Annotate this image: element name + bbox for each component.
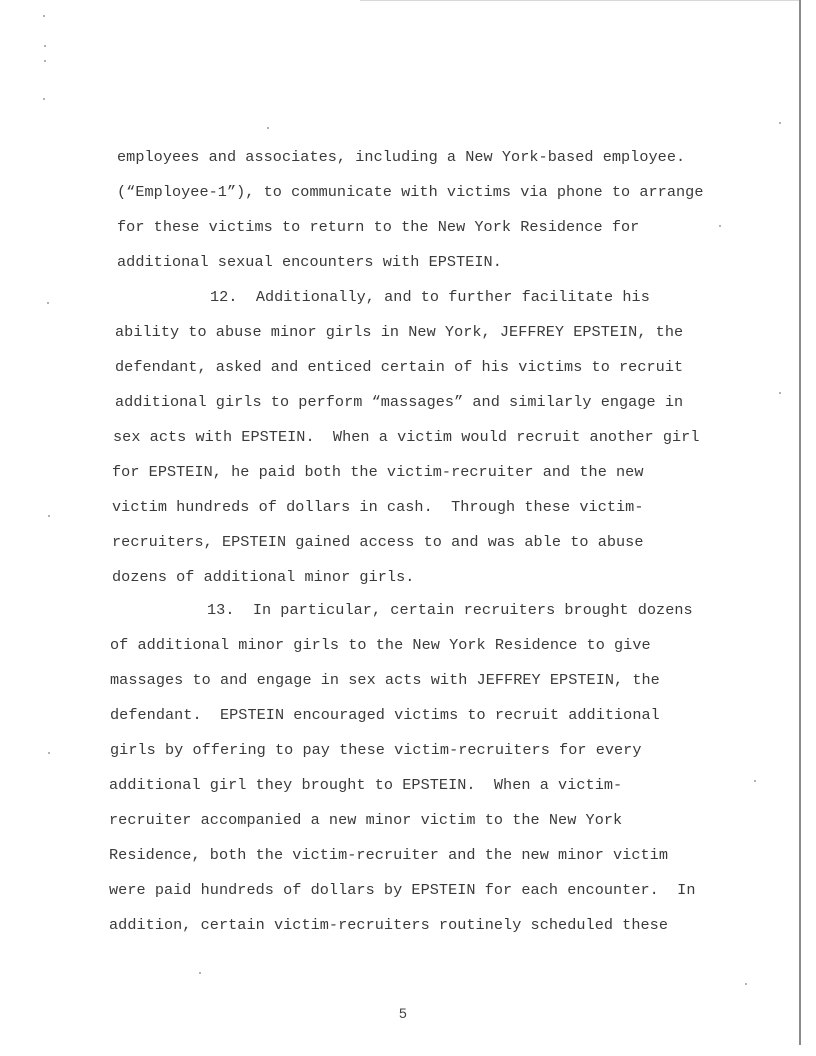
text-line: for these victims to return to the New Y… <box>117 217 639 237</box>
text-line: were paid hundreds of dollars by EPSTEIN… <box>109 880 696 900</box>
text-line: defendant. EPSTEIN encouraged victims to… <box>110 705 660 725</box>
text-line: recruiters, EPSTEIN gained access to and… <box>112 532 644 552</box>
scan-speck <box>43 15 45 17</box>
page-number: 5 <box>399 1005 407 1021</box>
text-line: employees and associates, including a Ne… <box>117 147 685 167</box>
text-line: sex acts with EPSTEIN. When a victim wou… <box>113 427 700 447</box>
text-line: for EPSTEIN, he paid both the victim-rec… <box>112 462 644 482</box>
scan-speck <box>48 515 50 517</box>
text-line: massages to and engage in sex acts with … <box>110 670 660 690</box>
text-line: additional sexual encounters with EPSTEI… <box>117 252 502 272</box>
text-line: of additional minor girls to the New Yor… <box>110 635 651 655</box>
scan-page-edge <box>799 0 801 1045</box>
text-line: girls by offering to pay these victim-re… <box>110 740 642 760</box>
scan-speck <box>43 98 45 100</box>
text-line: ability to abuse minor girls in New York… <box>115 322 683 342</box>
text-line: recruiter accompanied a new minor victim… <box>109 810 622 830</box>
scan-speck <box>267 127 269 129</box>
scan-speck <box>44 45 46 47</box>
text-line: defendant, asked and enticed certain of … <box>115 357 683 377</box>
scan-speck <box>745 983 747 985</box>
scan-speck <box>779 392 781 394</box>
scan-top-edge <box>360 0 800 1</box>
scan-speck <box>199 972 201 974</box>
paragraph-13-start: 13. In particular, certain recruiters br… <box>207 600 693 620</box>
scan-speck <box>779 122 781 124</box>
text-line: additional girl they brought to EPSTEIN.… <box>109 775 622 795</box>
text-line: Residence, both the victim-recruiter and… <box>109 845 668 865</box>
scan-speck <box>44 60 46 62</box>
text-line: victim hundreds of dollars in cash. Thro… <box>112 497 644 517</box>
text-line: (“Employee-1”), to communicate with vict… <box>117 182 704 202</box>
paragraph-12-start: 12. Additionally, and to further facilit… <box>210 287 650 307</box>
scan-speck <box>754 780 756 782</box>
scan-speck <box>719 225 721 227</box>
scan-speck <box>48 752 50 754</box>
text-line: additional girls to perform “massages” a… <box>115 392 683 412</box>
text-line: addition, certain victim-recruiters rout… <box>109 915 668 935</box>
scan-speck <box>47 302 49 304</box>
text-line: dozens of additional minor girls. <box>112 567 414 587</box>
